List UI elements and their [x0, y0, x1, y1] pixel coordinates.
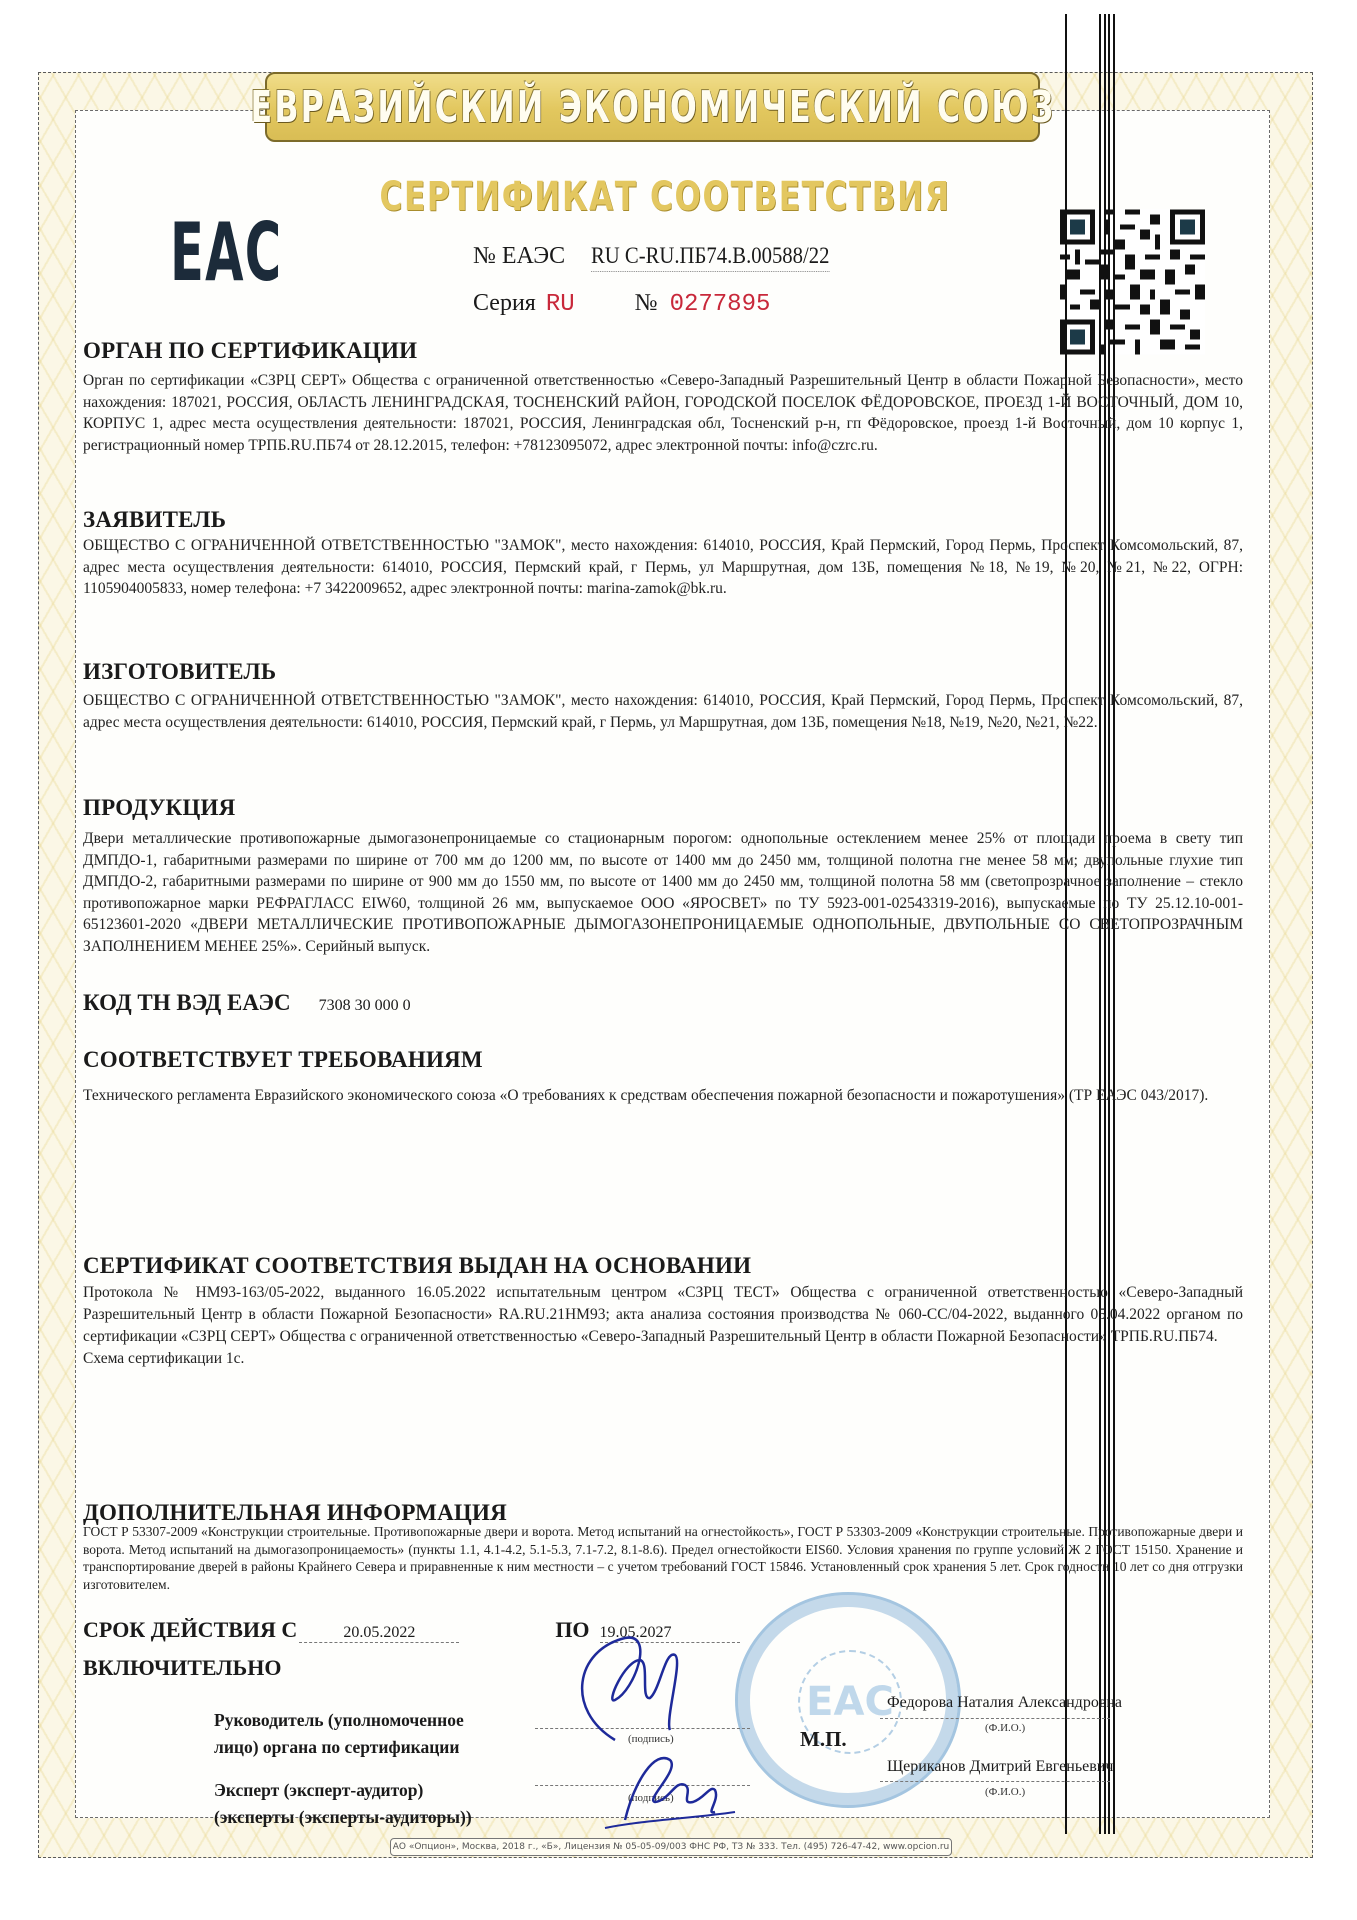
union-banner-text: ЕВРАЗИЙСКИЙ ЭКОНОМИЧЕСКИЙ СОЮЗ [250, 82, 1055, 133]
certification-body-heading: ОРГАН ПО СЕРТИФИКАЦИИ [83, 338, 417, 364]
certificate-number-value: RU C-RU.ПБ74.В.00588/22 [591, 243, 829, 272]
certificate-number: № ЕАЭС RU C-RU.ПБ74.В.00588/22 [473, 243, 856, 272]
applicant-heading: ЗАЯВИТЕЛЬ [83, 507, 226, 533]
manufacturer-text: ОБЩЕСТВО С ОГРАНИЧЕННОЙ ОТВЕТСТВЕННОСТЬЮ… [83, 690, 1243, 733]
document-title: СЕРТИФИКАТ СООТВЕТСТВИЯ [380, 172, 950, 222]
printer-imprint: АО «Опцион», Москва, 2018 г., «Б», Лицен… [390, 1838, 952, 1856]
validity-from-label: СРОК ДЕЙСТВИЯ С [83, 1617, 297, 1643]
document-title-text: СЕРТИФИКАТ СООТВЕТСТВИЯ [380, 174, 951, 220]
certificate-series: Серия RU № 0277895 [473, 290, 770, 318]
certificate-number-label: № ЕАЭС [473, 243, 565, 272]
certification-scheme: Схема сертификации 1с. [83, 1350, 244, 1367]
product-text: Двери металлические противопожарные дымо… [83, 828, 1243, 957]
head-full-name: Федорова Наталия Александровна [887, 1694, 1122, 1712]
certification-body-text: Орган по сертификации «СЗРЦ СЕРТ» Общест… [83, 370, 1243, 456]
serial-value: 0277895 [670, 291, 771, 318]
head-name-line [880, 1717, 1110, 1719]
additional-info-text: ГОСТ Р 53307-2009 «Конструкции строитель… [83, 1523, 1243, 1593]
hs-code-value: 7308 30 000 0 [319, 997, 411, 1015]
expert-label: Эксперт (эксперт-аудитор) (эксперты (экс… [214, 1777, 472, 1831]
basis-text: Протокола № НМ93-163/05-2022, выданного … [83, 1282, 1243, 1370]
union-banner: ЕВРАЗИЙСКИЙ ЭКОНОМИЧЕСКИЙ СОЮЗ [265, 72, 1040, 142]
hs-code-row: КОД ТН ВЭД ЕАЭС 7308 30 000 0 [83, 990, 411, 1016]
conformity-text: Технического регламента Евразийского эко… [83, 1085, 1243, 1107]
expert-name-line [880, 1780, 1110, 1782]
product-heading: ПРОДУКЦИЯ [83, 795, 235, 821]
expert-name-caption: (Ф.И.О.) [985, 1786, 1025, 1798]
serial-label: № [635, 290, 658, 317]
conformity-heading: СООТВЕТСТВУЕТ ТРЕБОВАНИЯМ [83, 1047, 483, 1073]
applicant-text: ОБЩЕСТВО С ОГРАНИЧЕННОЙ ОТВЕТСТВЕННОСТЬЮ… [83, 535, 1243, 600]
head-of-body-label: Руководитель (уполномоченное лицо) орган… [214, 1707, 464, 1761]
stamp-place-label: М.П. [800, 1727, 847, 1752]
series-value: RU [546, 291, 575, 318]
expert-signature-icon [585, 1740, 755, 1840]
hs-code-label: КОД ТН ВЭД ЕАЭС [83, 990, 291, 1016]
expert-full-name: Щериканов Дмитрий Евгеньевич [887, 1758, 1113, 1776]
qr-code-icon [1060, 208, 1205, 356]
eac-logo-icon: ЕАС [170, 213, 220, 293]
basis-text-body: Протокола № НМ93-163/05-2022, выданного … [83, 1284, 1243, 1345]
manufacturer-heading: ИЗГОТОВИТЕЛЬ [83, 659, 276, 685]
head-name-caption: (Ф.И.О.) [985, 1722, 1025, 1734]
validity-from-date: 20.05.2022 [299, 1624, 459, 1643]
series-label: Серия [473, 290, 536, 317]
basis-heading: СЕРТИФИКАТ СООТВЕТСТВИЯ ВЫДАН НА ОСНОВАН… [83, 1253, 751, 1279]
head-signature-icon [545, 1630, 715, 1750]
